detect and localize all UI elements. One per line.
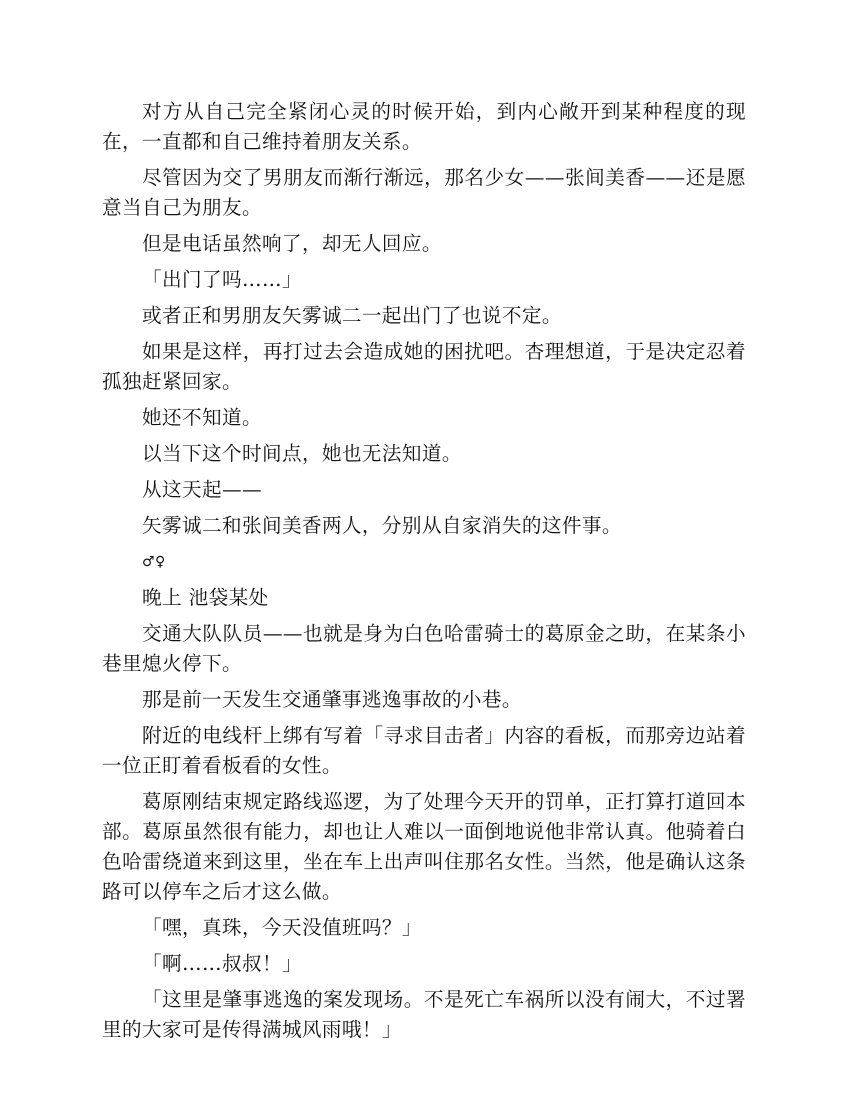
scene-break-icon: ♂♀: [102, 547, 746, 577]
paragraph: 对方从自己完全紧闭心灵的时候开始，到内心敞开到某种程度的现在，一直都和自己维持着…: [102, 97, 746, 157]
paragraph: 交通大队队员——也就是身为白色哈雷骑士的葛原金之助，在某条小巷里熄火停下。: [102, 619, 746, 679]
paragraph: 附近的电线杆上绑有写着「寻求目击者」内容的看板，而那旁边站着一位正盯着看板看的女…: [102, 721, 746, 781]
dialogue-paragraph: 「啊……叔叔！」: [102, 949, 746, 979]
paragraph: 她还不知道。: [102, 403, 746, 433]
paragraph: 矢雾诚二和张间美香两人，分别从自家消失的这件事。: [102, 511, 746, 541]
paragraph: 如果是这样，再打过去会造成她的困扰吧。杏理想道，于是决定忍着孤独赶紧回家。: [102, 337, 746, 397]
paragraph: 葛原刚结束规定路线巡逻，为了处理今天开的罚单，正打算打道回本部。葛原虽然很有能力…: [102, 787, 746, 907]
document-page: 对方从自己完全紧闭心灵的时候开始，到内心敞开到某种程度的现在，一直都和自己维持着…: [102, 97, 746, 1051]
paragraph: 从这天起——: [102, 475, 746, 505]
scene-heading: 晚上 池袋某处: [102, 583, 746, 613]
paragraph: 以当下这个时间点，她也无法知道。: [102, 439, 746, 469]
paragraph: 但是电话虽然响了，却无人回应。: [102, 229, 746, 259]
dialogue-paragraph: 「出门了吗……」: [102, 265, 746, 295]
paragraph: 那是前一天发生交通肇事逃逸事故的小巷。: [102, 685, 746, 715]
paragraph: 尽管因为交了男朋友而渐行渐远，那名少女——张间美香——还是愿意当自己为朋友。: [102, 163, 746, 223]
dialogue-paragraph: 「嘿，真珠，今天没值班吗？」: [102, 913, 746, 943]
paragraph: 或者正和男朋友矢雾诚二一起出门了也说不定。: [102, 301, 746, 331]
dialogue-paragraph: 「这里是肇事逃逸的案发现场。不是死亡车祸所以没有闹大，不过署里的大家可是传得满城…: [102, 985, 746, 1045]
